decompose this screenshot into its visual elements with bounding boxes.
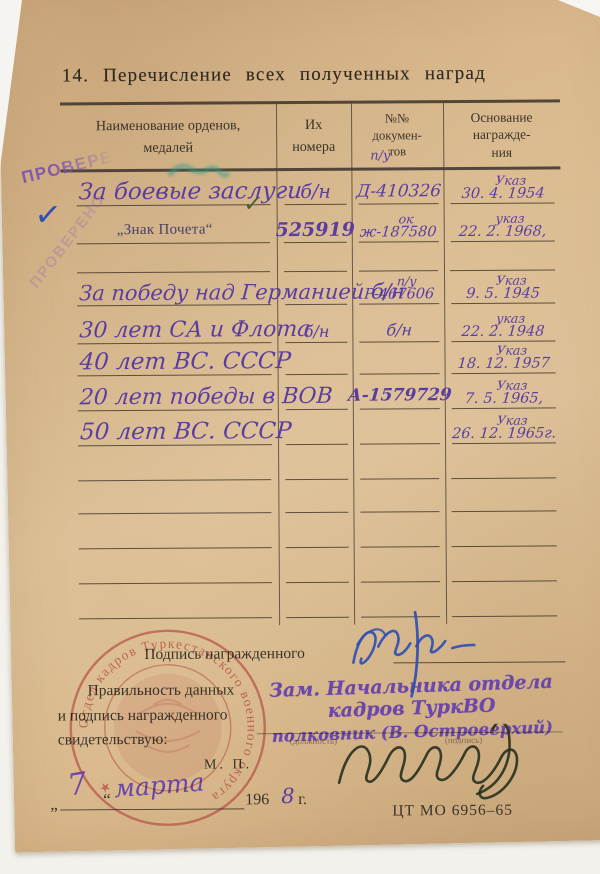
award-number-text: б/н (300, 183, 331, 204)
cell-document-number: п/уР-467606 (359, 271, 439, 304)
award-basis: Указ18. 12. 1957 (457, 343, 549, 373)
cell-document-number: Д-410326 (359, 169, 439, 204)
document-number-text: ж-187580 (360, 225, 438, 241)
cell-empty (79, 583, 272, 619)
document-number-text: б/н (386, 320, 413, 341)
cell-award-basis: указ22. 2. 1948 (451, 303, 555, 342)
cell-empty (452, 478, 557, 512)
award-name-text: 20 лет победы в ВОВ (79, 386, 333, 411)
officer-signature (327, 724, 538, 810)
cell-empty (359, 242, 439, 271)
cell-empty (360, 479, 440, 512)
cell-award-name: 30 лет СА и Флота (77, 305, 271, 344)
doc-prefix: п/у (397, 274, 418, 287)
award-name-text: За победу над Германией б/н (78, 281, 405, 305)
cell-empty (78, 513, 271, 549)
cell-empty (284, 243, 347, 272)
table-row-empty (62, 511, 562, 549)
column-header-document-numbers: №№ докумен- тов (351, 103, 443, 168)
table-body: За боевые заслуги б/н Д-410326 Указ30. 4… (60, 168, 563, 619)
cell-document-number: б/н (360, 304, 440, 342)
column-header-numbers: Их номера (276, 104, 351, 168)
cell-document-number: А-1579729 (360, 374, 440, 409)
cell-empty (452, 511, 557, 547)
table-row-empty (61, 241, 561, 273)
table-row: 40 лет ВС. СССР Указ18. 12. 1957 (61, 341, 561, 376)
cell-award-basis: Указ18. 12. 1957 (451, 341, 555, 374)
round-red-stamp: Отдел кадров Туркестанского военного окр… (61, 618, 274, 833)
cell-empty (285, 445, 348, 480)
table-row: 50 лет ВС. СССР Указ26. 12. 1965г. (62, 408, 562, 446)
award-name-text: 50 лет ВС. СССР (79, 420, 292, 445)
cell-award-basis: Указ26. 12. 1965г. (452, 408, 556, 444)
handwritten-year-digit: 8 (281, 784, 295, 808)
basis-word: Указ (496, 378, 528, 391)
cell-empty (286, 513, 349, 548)
award-number-text: 525919 (276, 221, 355, 242)
cell-empty (360, 409, 440, 444)
document-number: п/уР-467606 (364, 274, 434, 304)
cell-award-number: 525919 (284, 205, 347, 243)
awardee-signature (331, 604, 512, 705)
cell-award-name: За победу над Германией б/н (77, 272, 271, 306)
basis-date: 18. 12. 1957 (457, 356, 550, 372)
column-header-award-basis: Основание награжде- ния (443, 102, 560, 167)
table-row-empty (63, 546, 563, 584)
checkmark-green-icon: ✓ (243, 192, 263, 218)
table-row: „Знак Почета“ 525919 окж-187580 указ22. … (61, 203, 561, 244)
document-number-text: Р-467606 (364, 287, 435, 303)
cell-empty (285, 480, 348, 513)
basis-date: 22. 2. 1948 (461, 324, 545, 340)
close-quote: “ (103, 790, 111, 810)
year-printed: 196 (245, 791, 269, 809)
section-title: 14. Перечисление всех полученных наград (62, 63, 486, 88)
cell-empty (285, 343, 348, 375)
year-suffix: г. (298, 791, 307, 809)
cell-empty (360, 512, 440, 547)
checkmark-blue-icon: ✓ (33, 194, 63, 234)
award-basis: Указ26. 12. 1965г. (452, 413, 556, 443)
basis-date: 30. 4. 1954 (461, 186, 545, 202)
award-basis: указ22. 2. 1968, (459, 211, 547, 241)
basis-word: указ (495, 211, 525, 224)
award-basis: Указ9. 5. 1945 (466, 273, 540, 303)
doc-prefix: ок (398, 212, 414, 225)
cell-award-basis: Указ30. 4. 1954 (451, 168, 555, 204)
cell-award-name: 50 лет ВС. СССР (78, 410, 272, 446)
basis-date: 26. 12. 1965г. (451, 426, 556, 442)
cell-empty (452, 546, 557, 582)
cell-empty (360, 444, 440, 479)
cell-document-number: окж-187580 (359, 204, 439, 242)
basis-date: 9. 5. 1945 (466, 286, 541, 302)
table-row: За победу над Германией б/н п/уР-467606 … (61, 270, 561, 306)
document-number: окж-187580 (360, 212, 437, 242)
cell-empty (361, 547, 441, 582)
cell-empty (286, 410, 349, 445)
document-number-text: Д-410326 (356, 181, 442, 204)
basis-word: указ (496, 311, 526, 324)
award-basis: указ22. 2. 1948 (462, 311, 545, 341)
cell-empty (360, 342, 440, 374)
table-row-empty (62, 443, 562, 481)
document-number-text: А-1579729 (347, 385, 453, 409)
cell-award-basis: Указ7. 5. 1965, (452, 373, 556, 409)
open-quote: „ (50, 794, 58, 814)
award-basis: Указ7. 5. 1965, (465, 378, 544, 408)
cell-empty (79, 548, 272, 584)
basis-word: Указ (496, 413, 528, 426)
cell-empty (450, 241, 555, 271)
cell-award-name: 40 лет ВС. СССР (77, 343, 271, 376)
award-name-text: 30 лет СА и Флота (79, 319, 311, 343)
table-row: 20 лет победы в ВОВ А-1579729 Указ7. 5. … (62, 373, 562, 411)
table-row-empty (62, 478, 562, 514)
cell-empty (78, 480, 271, 514)
cell-empty (78, 445, 271, 481)
cell-empty (452, 443, 557, 479)
cell-award-basis: Указ9. 5. 1945 (451, 270, 555, 304)
basis-word: Указ (495, 343, 527, 356)
form-code: ЦТ МО 6956–65 (392, 802, 513, 821)
handwritten-note-pu: п/у (370, 148, 390, 163)
table-row: 30 лет СА и Флота б/н б/н указ22. 2. 194… (61, 303, 561, 344)
basis-word: Указ (495, 273, 527, 286)
table-row: За боевые заслуги б/н Д-410326 Указ30. 4… (60, 168, 560, 206)
cell-empty (286, 548, 349, 583)
document-content: 14. Перечисление всех полученных наград … (0, 0, 600, 874)
basis-word: Указ (495, 173, 527, 186)
teal-ink-smudge (162, 155, 232, 185)
cell-award-name: 20 лет победы в ВОВ (78, 375, 272, 411)
cell-award-name: „Знак Почета“ (77, 205, 270, 244)
basis-date: 22. 2. 1968, (458, 224, 547, 240)
award-name-text: 40 лет ВС. СССР (79, 350, 292, 375)
award-name-text: „Знак Почета“ (79, 223, 213, 244)
cell-award-basis: указ22. 2. 1968, (450, 203, 555, 242)
basis-date: 7. 5. 1965, (464, 391, 544, 407)
award-basis: Указ30. 4. 1954 (461, 173, 544, 203)
cell-empty (77, 243, 270, 273)
